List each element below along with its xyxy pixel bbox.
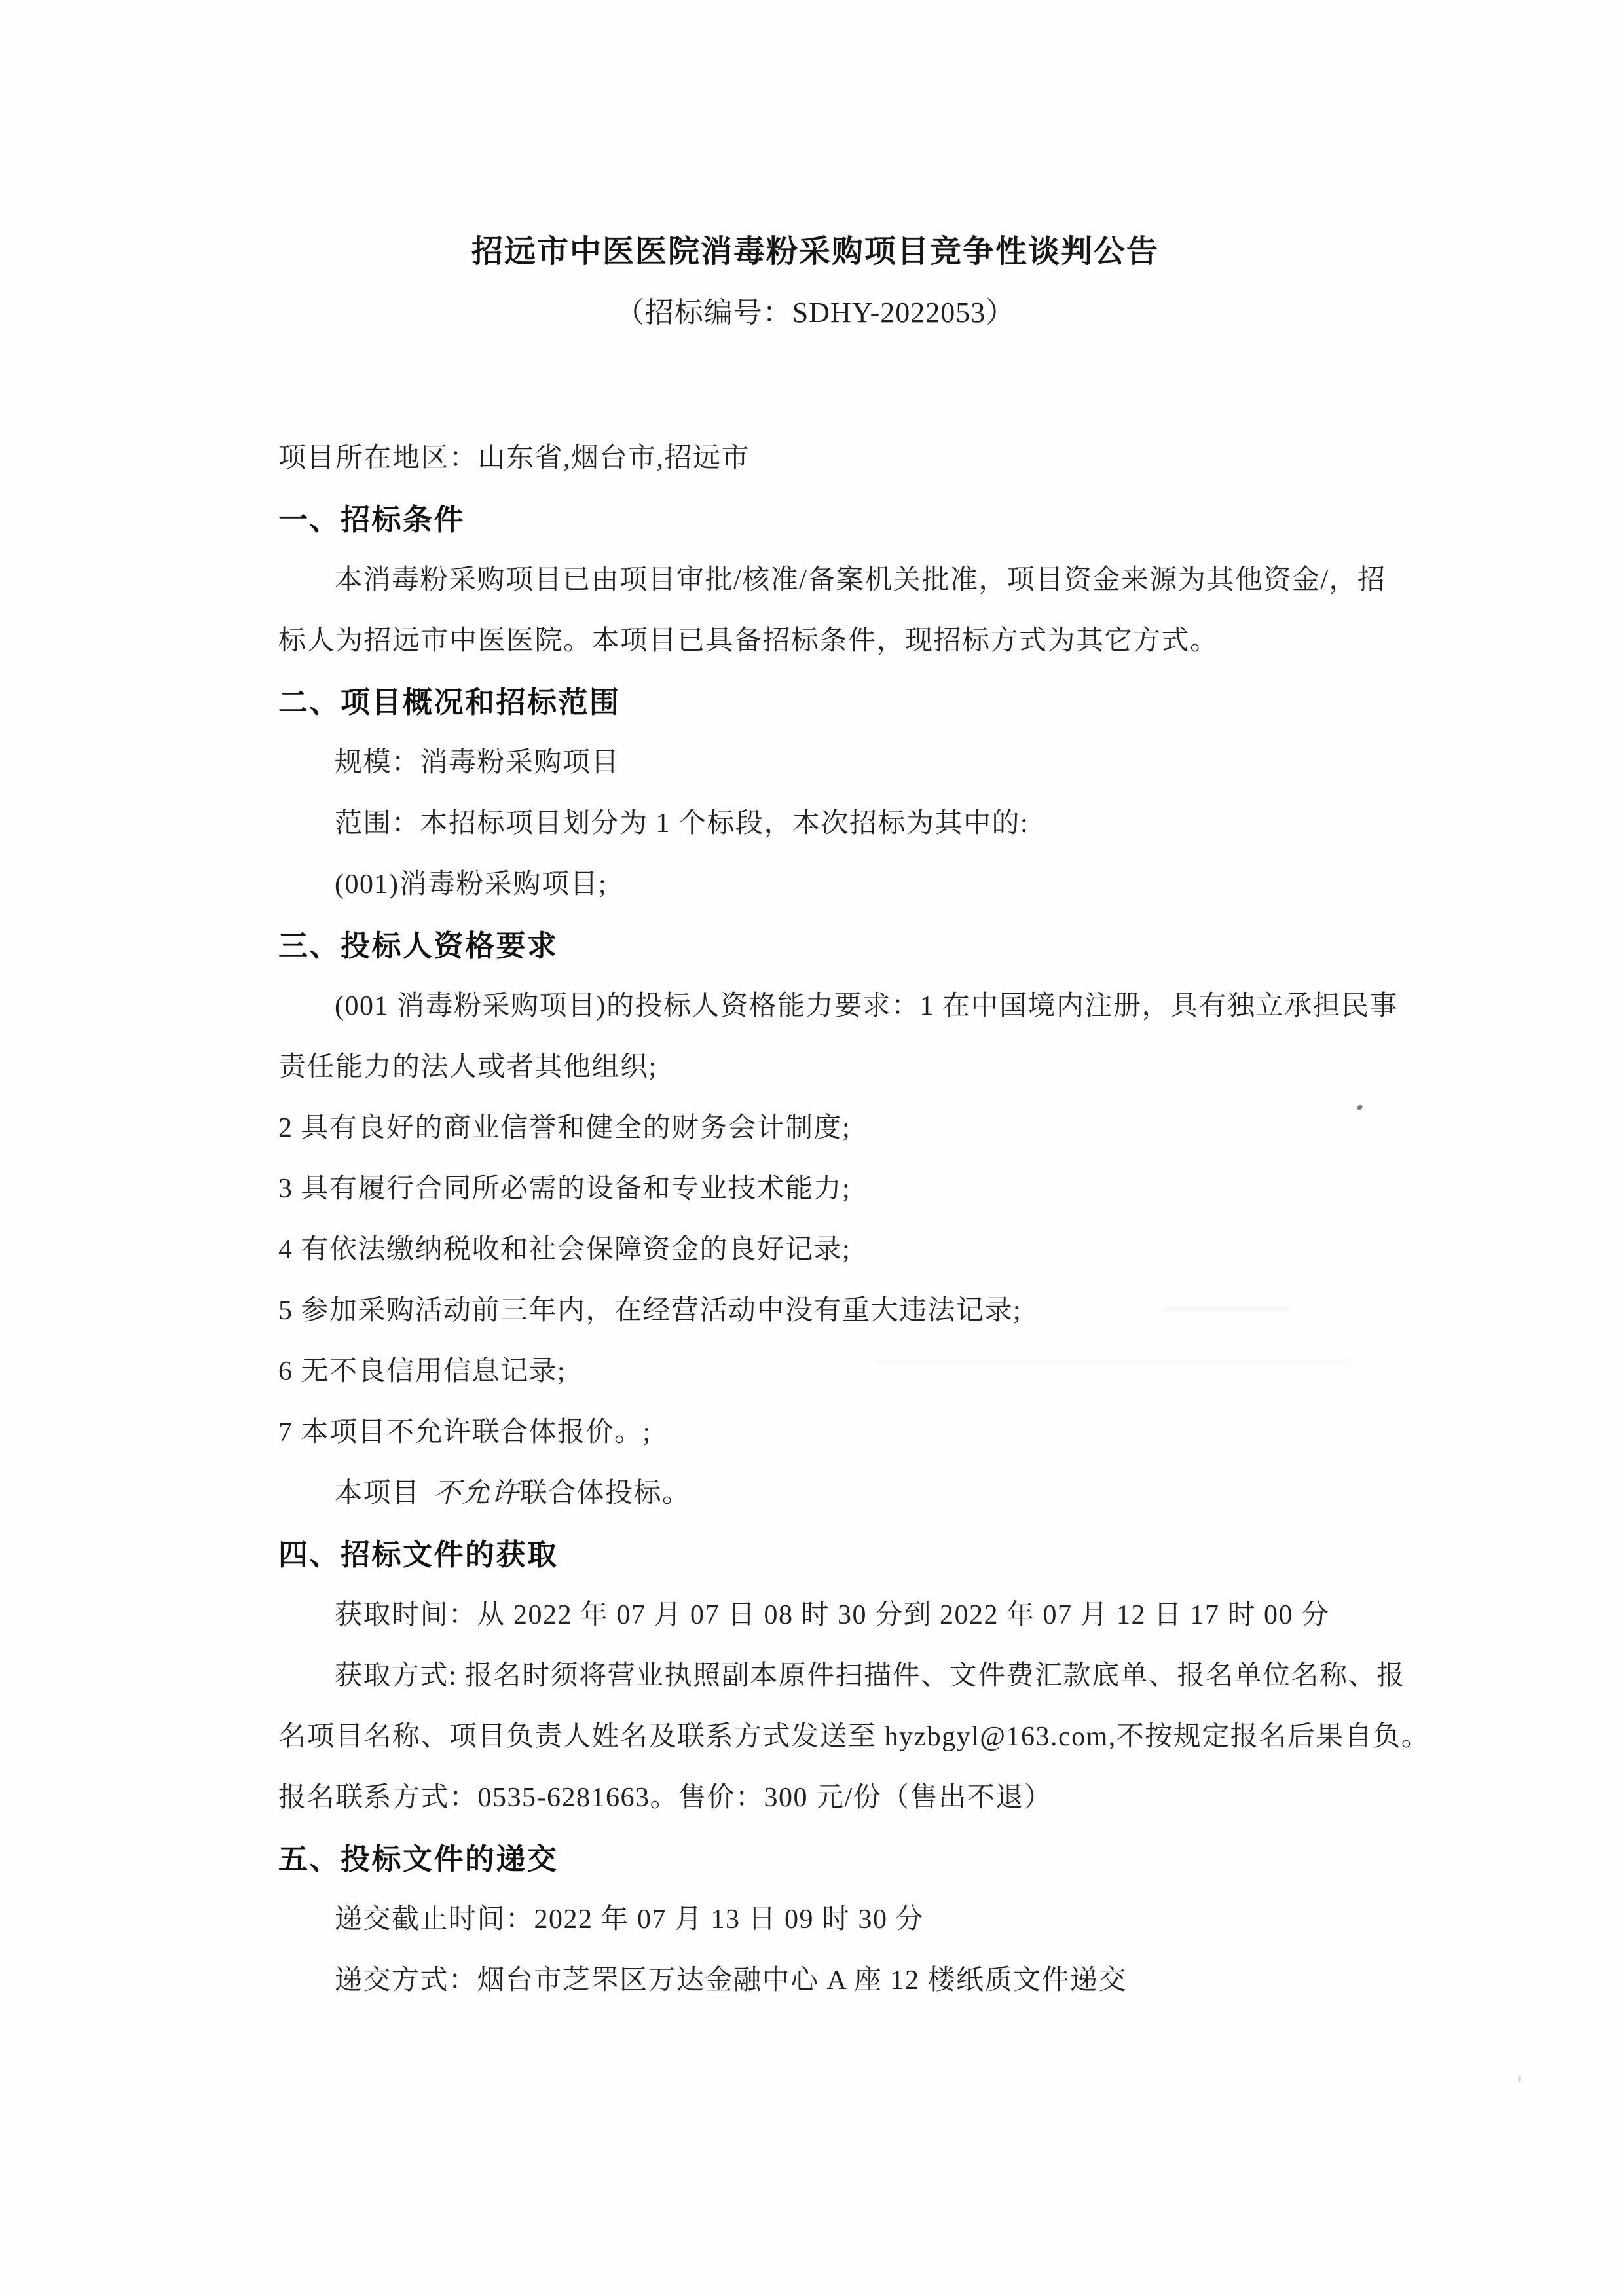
scan-smudge	[877, 1360, 1349, 1364]
text-line: 范围：本招标项目划分为 1 个标段，本次招标为其中的:	[278, 793, 1352, 854]
scan-speck	[1356, 1104, 1363, 1111]
section-heading-4: 四、招标文件的获取	[278, 1524, 1352, 1585]
text-line: 标人为招远市中医医院。本项目已具备招标条件，现招标方式为其它方式。	[278, 611, 1352, 672]
text-line: 报名联系方式：0535-6281663。售价：300 元/份（售出不退）	[278, 1768, 1352, 1829]
document-page: 招远市中医医院消毒粉采购项目竞争性谈判公告 （招标编号：SDHY-2022053…	[0, 0, 1624, 2296]
text-line: 2 具有良好的商业信誉和健全的财务会计制度;	[278, 1098, 1352, 1159]
text-line: 3 具有履行合同所必需的设备和专业技术能力;	[278, 1159, 1352, 1220]
text-line: 7 本项目不允许联合体报价。;	[278, 1402, 1352, 1463]
joint-venture-note-line: 本项目不允许联合体投标。	[278, 1463, 1352, 1524]
text-line: 递交截止时间：2022 年 07 月 13 日 09 时 30 分	[278, 1889, 1352, 1950]
spacer	[278, 343, 1352, 428]
text-line: 获取方式: 报名时须将营业执照副本原件扫描件、文件费汇款底单、报名单位名称、报	[278, 1646, 1352, 1707]
text-line: 递交方式：烟台市芝罘区万达金融中心 A 座 12 楼纸质文件递交	[278, 1950, 1352, 2011]
text-line: 4 有依法缴纳税收和社会保障资金的良好记录;	[278, 1220, 1352, 1281]
text-line: 名项目名称、项目负责人姓名及联系方式发送至 hyzbgyl@163.com,不按…	[278, 1707, 1352, 1768]
page-title: 招远市中医医院消毒粉采购项目竞争性谈判公告	[278, 221, 1352, 282]
section-heading-1: 一、招标条件	[278, 489, 1352, 550]
section-heading-5: 五、投标文件的递交	[278, 1829, 1352, 1889]
section-heading-3: 三、投标人资格要求	[278, 915, 1352, 976]
text-line: 规模：消毒粉采购项目	[278, 733, 1352, 793]
text-line: 责任能力的法人或者其他组织;	[278, 1037, 1352, 1098]
text-line: (001 消毒粉采购项目)的投标人资格能力要求：1 在中国境内注册，具有独立承担…	[278, 976, 1352, 1037]
note-prefix: 本项目	[335, 1478, 420, 1508]
text-line: 获取时间：从 2022 年 07 月 07 日 08 时 30 分到 2022 …	[278, 1585, 1352, 1646]
scan-smudge	[1166, 1307, 1290, 1312]
text-line: 6 无不良信用信息记录;	[278, 1341, 1352, 1402]
document-content: 招远市中医医院消毒粉采购项目竞争性谈判公告 （招标编号：SDHY-2022053…	[278, 0, 1352, 2011]
text-line: 本消毒粉采购项目已由项目审批/核准/备案机关批准，项目资金来源为其他资金/，招	[278, 550, 1352, 611]
text-line: (001)消毒粉采购项目;	[278, 854, 1352, 915]
scan-speck	[1518, 2075, 1521, 2083]
section-heading-2: 二、项目概况和招标范围	[278, 672, 1352, 733]
location-line: 项目所在地区：山东省,烟台市,招远市	[278, 428, 1352, 489]
note-emphasis-italic: 不允许	[434, 1478, 520, 1508]
tender-number-line: （招标编号：SDHY-2022053）	[278, 282, 1352, 343]
note-suffix: 联合体投标。	[520, 1478, 691, 1508]
